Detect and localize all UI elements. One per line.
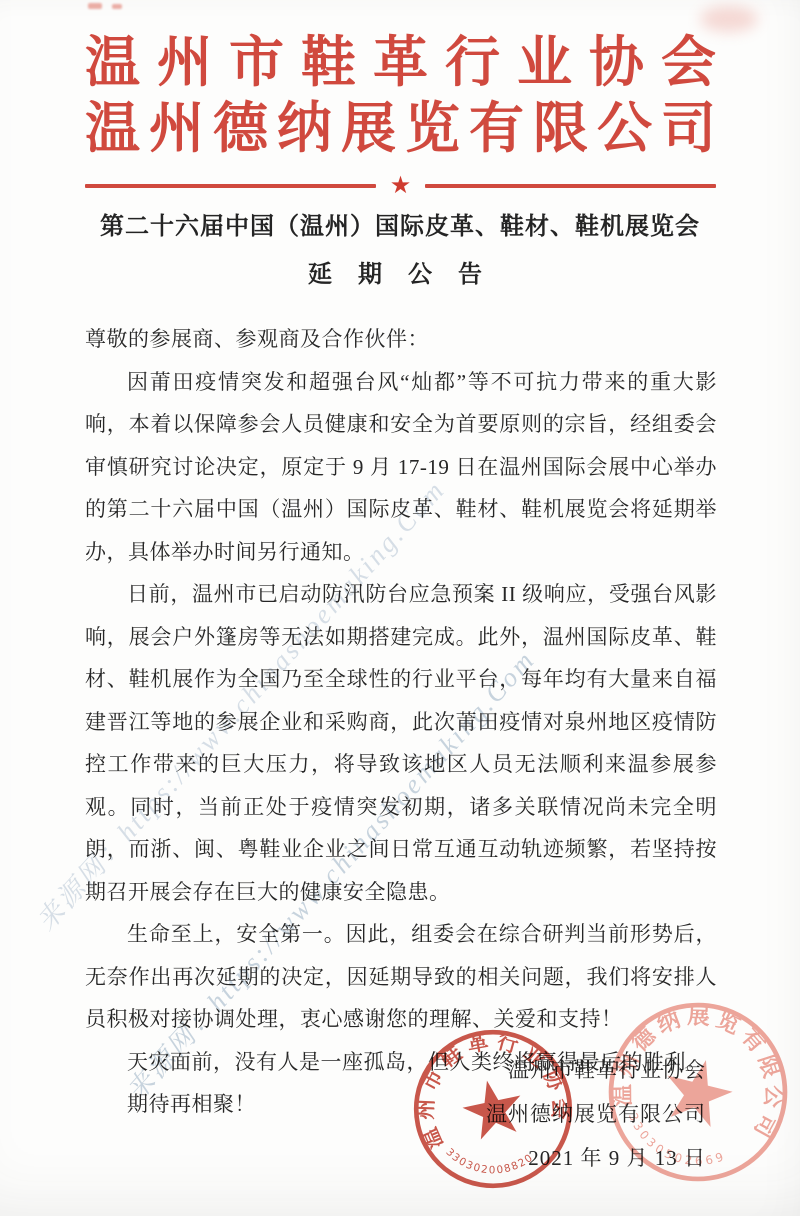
letterhead-divider: ★ — [85, 174, 716, 198]
title-line-1: 第二十六届中国（温州）国际皮革、鞋材、鞋机展览会 — [60, 210, 740, 244]
seal-code: 33030502669 — [617, 1108, 735, 1177]
divider-rule-right — [425, 184, 716, 188]
salutation: 尊敬的参展商、参观商及合作伙伴： — [85, 318, 717, 361]
association-seal-stamp: 温州市鞋革行业协会 330302008820 — [395, 1011, 592, 1208]
title-line-2: 延 期 公 告 — [60, 258, 740, 292]
letterhead-org-1: 温州市鞋革行业协会 — [85, 30, 716, 96]
star-icon — [658, 1052, 738, 1130]
divider-rule-left — [85, 184, 376, 188]
paragraph: 因莆田疫情突发和超强台风“灿都”等不可抗力带来的重大影响，本着以保障参会人员健康… — [85, 361, 717, 574]
scan-artifact — [700, 6, 758, 32]
svg-text:33030502669: 33030502669 — [617, 1108, 735, 1177]
star-icon: ★ — [390, 174, 412, 198]
scan-artifact — [112, 4, 122, 9]
scan-artifact — [88, 3, 102, 9]
paragraph: 日前，温州市已启动防汛防台应急预案 II 级响应，受强台风影响，展会户外篷房等无… — [85, 573, 717, 913]
letterhead: 温州市鞋革行业协会 温州德纳展览有限公司 ★ — [85, 30, 716, 198]
letterhead-org-2: 温州德纳展览有限公司 — [85, 96, 716, 162]
document-page: 来源网：https://www.chinashoemaking.Com 来源网：… — [0, 0, 800, 1216]
star-icon — [458, 1074, 528, 1141]
document-title: 第二十六届中国（温州）国际皮革、鞋材、鞋机展览会 延 期 公 告 — [60, 210, 740, 292]
seal-graphic: 温州市鞋革行业协会 330302008820 — [395, 1011, 592, 1208]
